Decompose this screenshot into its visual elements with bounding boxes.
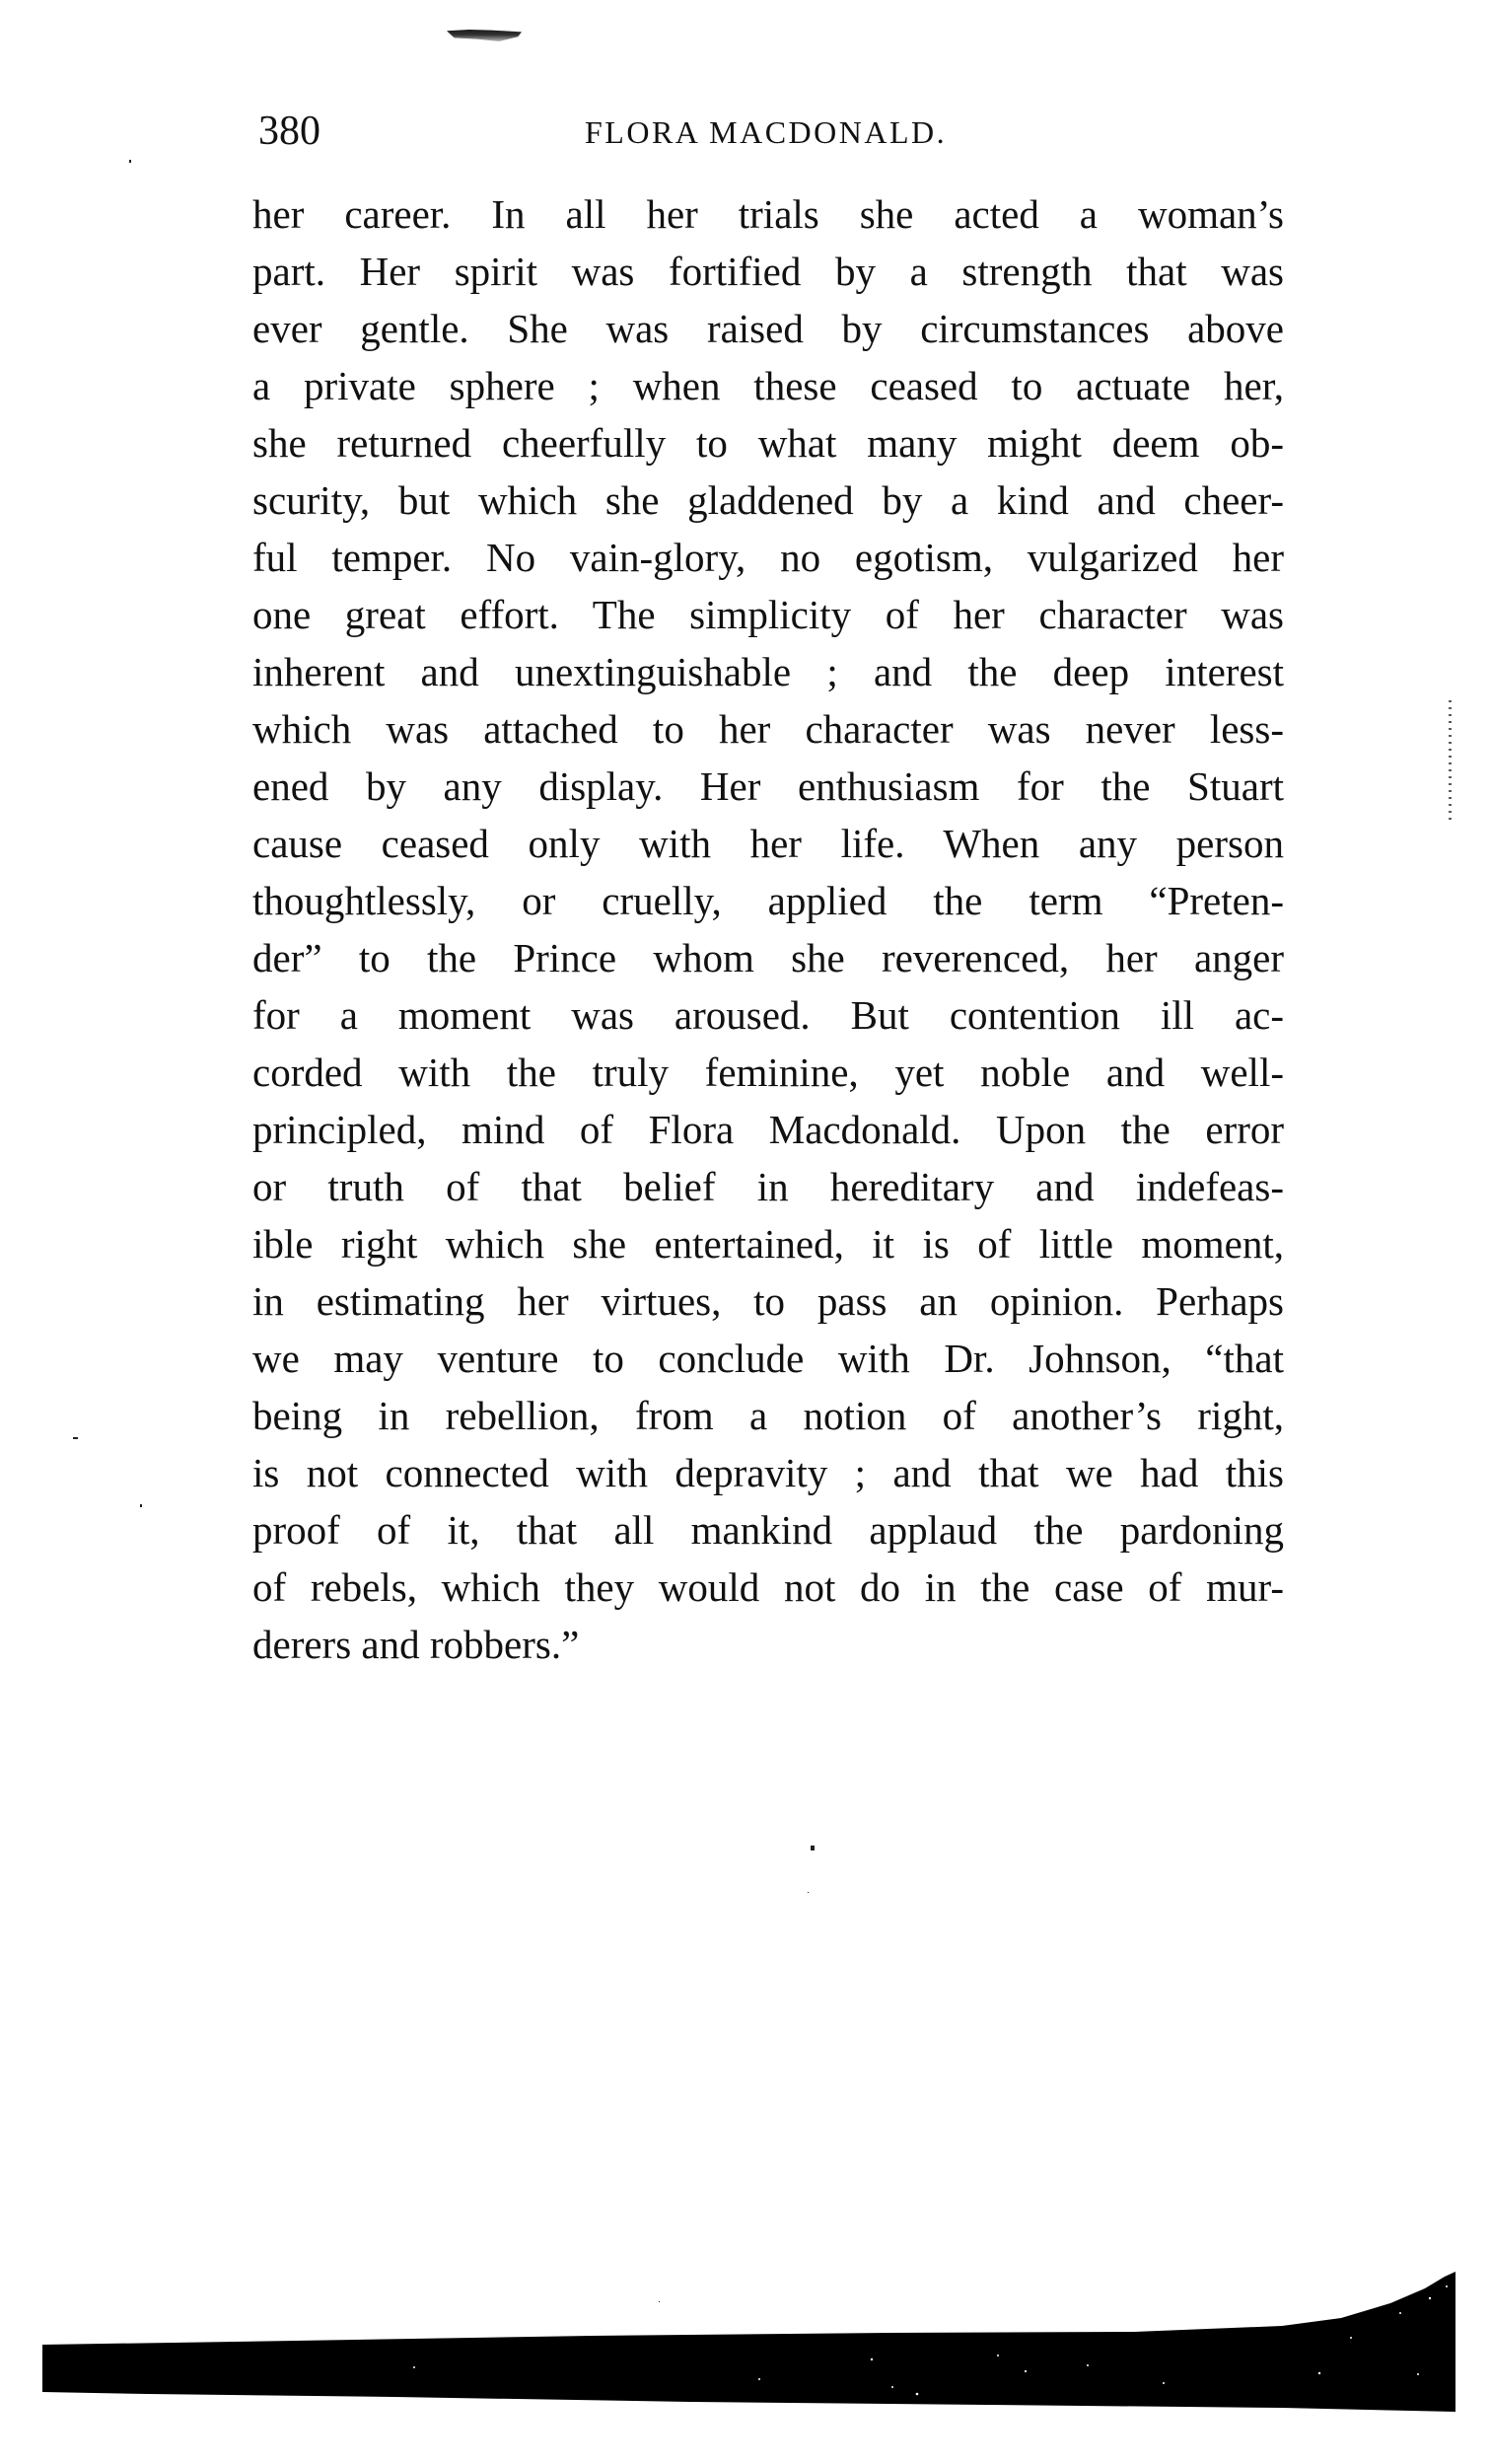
text-line: der” to the Prince whom she reverenced, …: [252, 929, 1284, 986]
text-line: principled, mind of Flora Macdonald. Upo…: [252, 1101, 1284, 1158]
text-line-last: derers and robbers.”: [252, 1616, 1284, 1673]
text-line: ened by any display. Her enthusiasm for …: [252, 758, 1284, 815]
book-page: 380 FLORA MACDONALD. her career. In all …: [0, 0, 1491, 2464]
text-line: we may venture to conclude with Dr. John…: [252, 1330, 1284, 1387]
text-line: is not connected with depravity ; and th…: [252, 1444, 1284, 1501]
text-line: thoughtlessly, or cruelly, applied the t…: [252, 872, 1284, 929]
text-line: ful temper. No vain-glory, no egotism, v…: [252, 529, 1284, 586]
text-line: part. Her spirit was fortified by a stre…: [252, 243, 1284, 300]
scan-speck: [73, 1437, 78, 1439]
scan-speck: [140, 1504, 142, 1507]
running-title: FLORA MACDONALD.: [585, 110, 947, 154]
body-paragraph: her career. In all her trials she acted …: [252, 185, 1284, 1673]
text-line: or truth of that belief in hereditary an…: [252, 1158, 1284, 1215]
scan-speck: [129, 160, 131, 163]
text-line: in estimating her virtues, to pass an op…: [252, 1272, 1284, 1330]
text-line: scurity, but which she gladdened by a ki…: [252, 471, 1284, 529]
text-line: ible right which she entertained, it is …: [252, 1215, 1284, 1272]
text-line: inherent and unextinguishable ; and the …: [252, 643, 1284, 700]
text-line: she returned cheerfully to what many mig…: [252, 414, 1284, 471]
text-line: a private sphere ; when these ceased to …: [252, 357, 1284, 414]
text-line: of rebels, which they would not do in th…: [252, 1558, 1284, 1616]
text-line: for a moment was aroused. But contention…: [252, 986, 1284, 1044]
text-line: proof of it, that all mankind applaud th…: [252, 1501, 1284, 1558]
ink-smudge-mark: [447, 30, 522, 41]
text-line: cause ceased only with her life. When an…: [252, 815, 1284, 872]
scan-speck: [811, 1846, 815, 1850]
text-line: one great effort. The simplicity of her …: [252, 586, 1284, 643]
text-line: which was attached to her character was …: [252, 700, 1284, 758]
page-number: 380: [258, 107, 320, 156]
margin-scan-trace: [1449, 700, 1452, 821]
text-line: corded with the truly feminine, yet nobl…: [252, 1044, 1284, 1101]
scan-speck: [808, 1892, 809, 1893]
text-line: her career. In all her trials she acted …: [252, 185, 1284, 243]
text-line: being in rebellion, from a notion of ano…: [252, 1387, 1284, 1444]
running-head: 380 FLORA MACDONALD.: [252, 107, 1284, 156]
scan-speck: [659, 2301, 660, 2302]
text-line: ever gentle. She was raised by circumsta…: [252, 300, 1284, 357]
